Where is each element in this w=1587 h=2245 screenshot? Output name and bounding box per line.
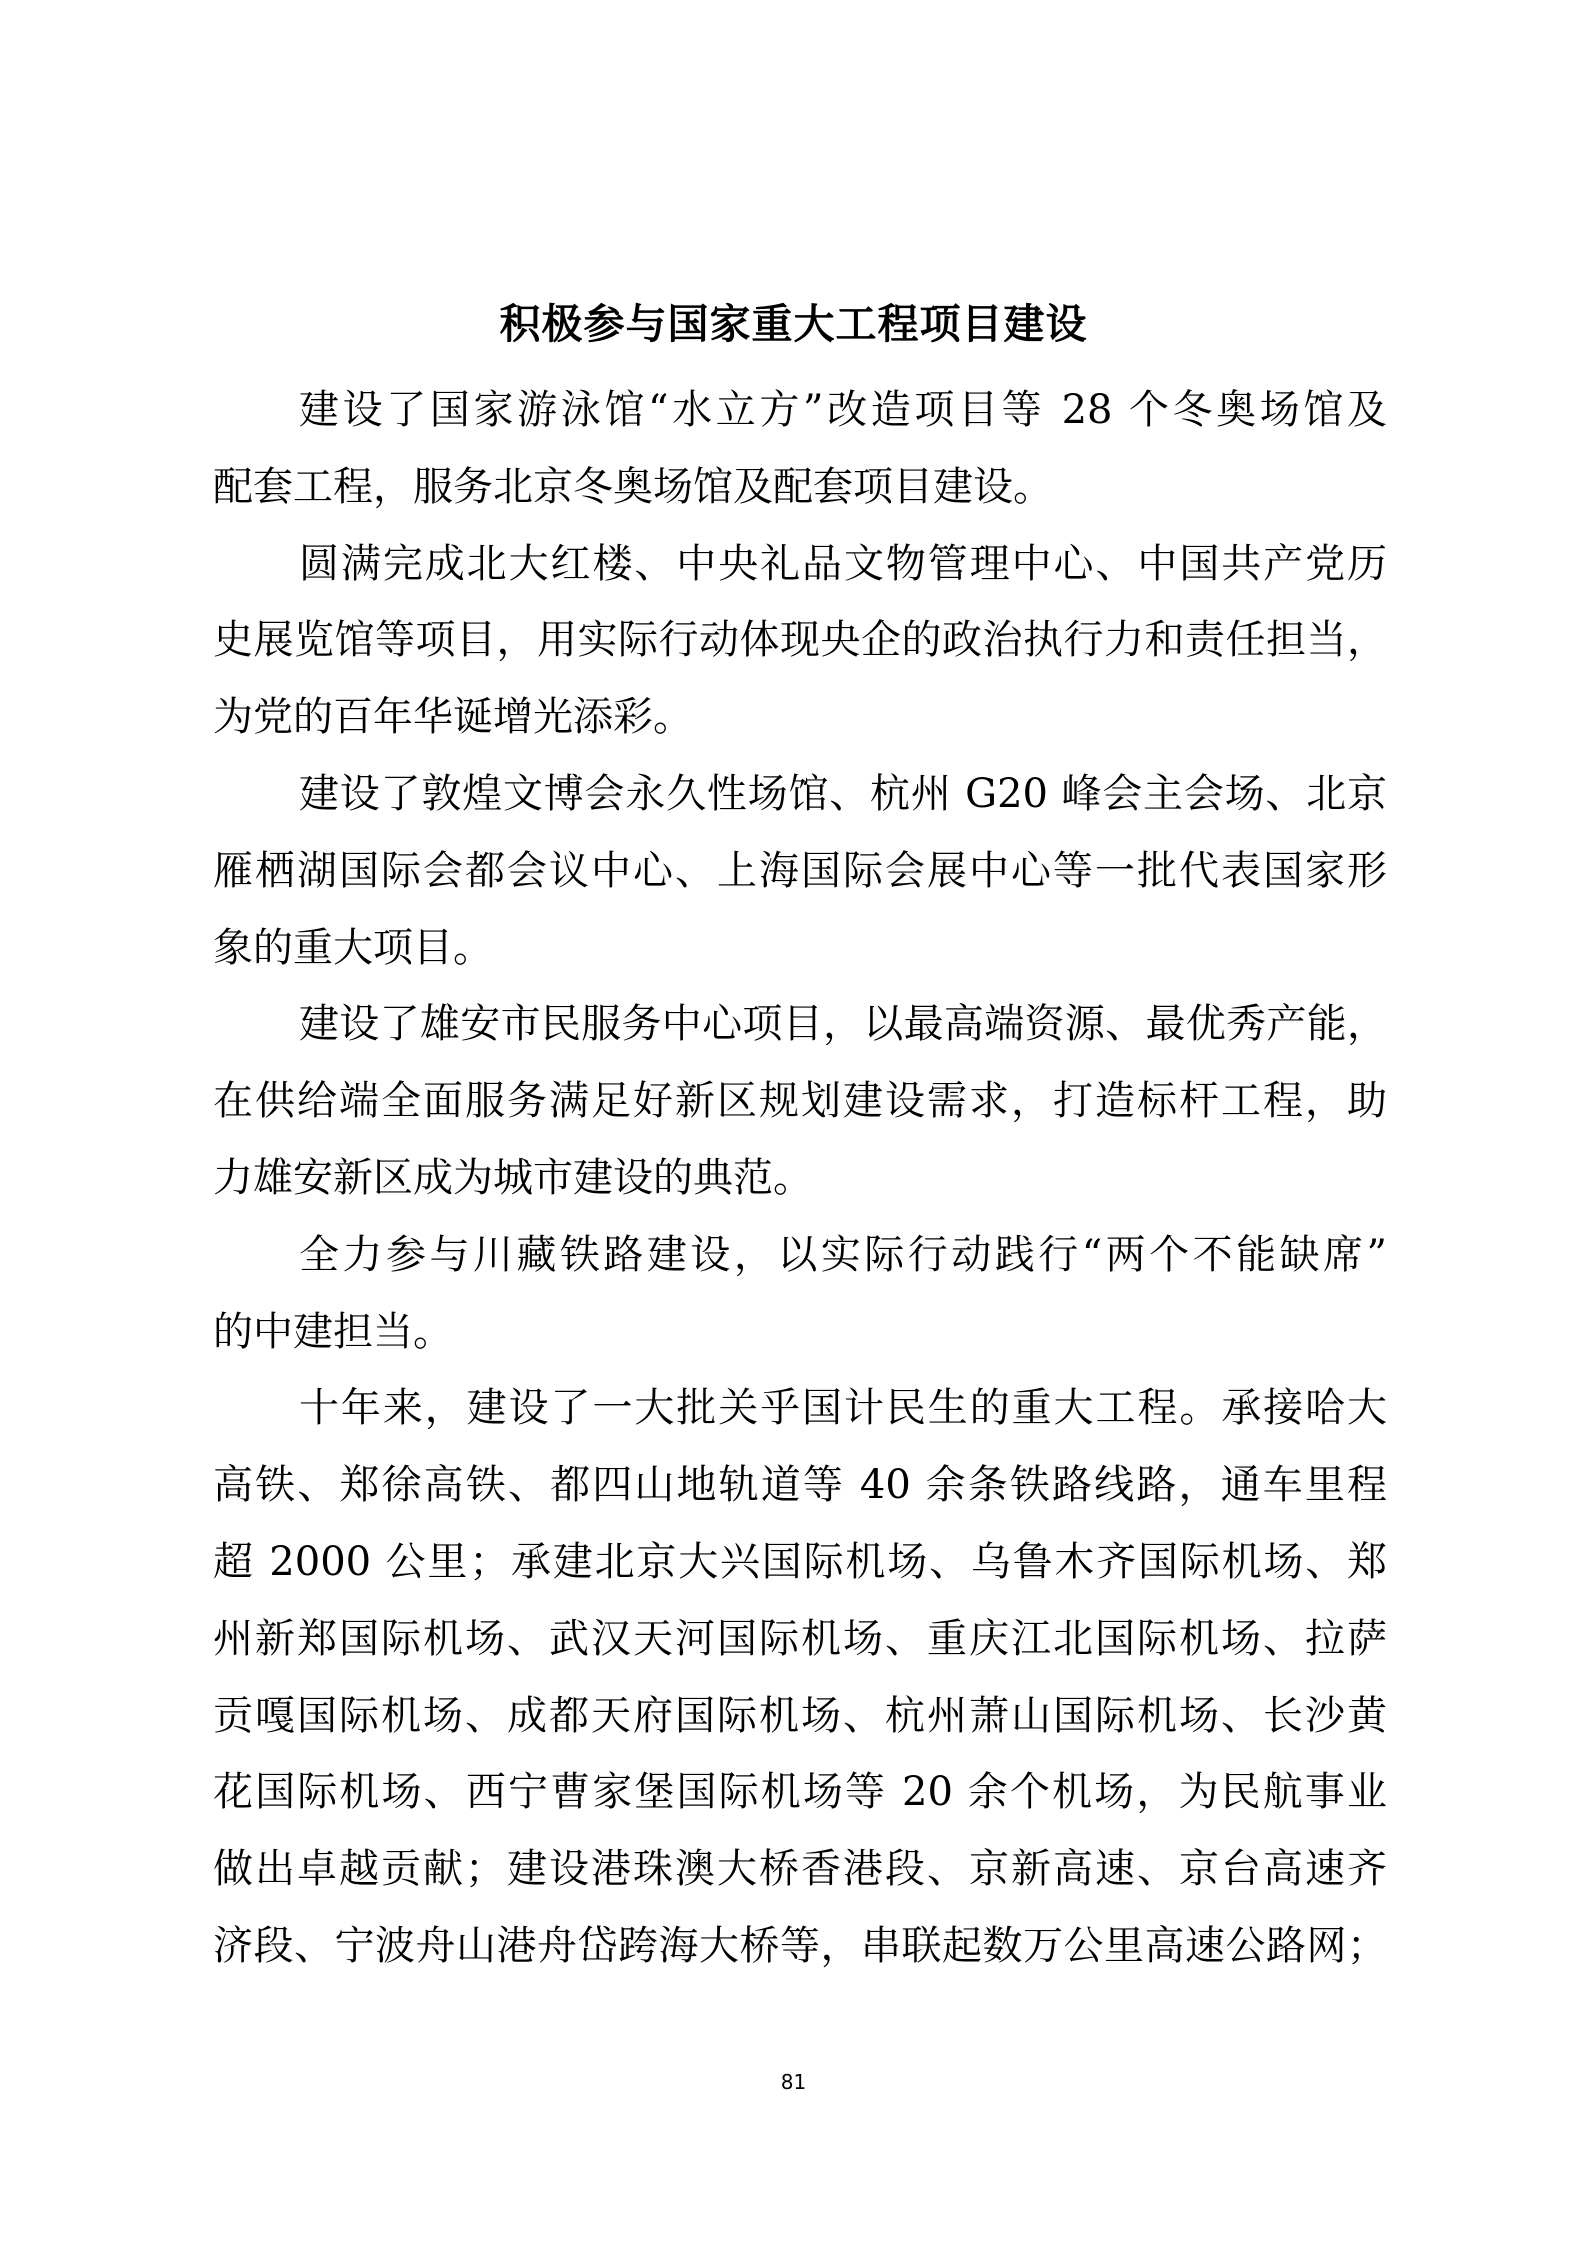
paragraph-winter-olympics: 建设了国家游泳馆“水立方”改造项目等 28 个冬奥场馆及 配套工程，服务北京冬奥…	[213, 372, 1387, 526]
text-line: 在供给端全面服务满足好新区规划建设需求，打造标杆工程，助	[213, 1063, 1387, 1140]
page-number: 81	[0, 2068, 1587, 2096]
text-line: 州新郑国际机场、武汉天河国际机场、重庆江北国际机场、拉萨	[213, 1601, 1387, 1678]
paragraph-red-building: 圆满完成北大红楼、中央礼品文物管理中心、中国共产党历 史展览馆等项目，用实际行动…	[213, 526, 1387, 756]
document-page: 积极参与国家重大工程项目建设 建设了国家游泳馆“水立方”改造项目等 28 个冬奥…	[0, 0, 1587, 2245]
text-line: 建设了敦煌文博会永久性场馆、杭州 G20 峰会主会场、北京	[213, 756, 1387, 833]
text-line: 象的重大项目。	[213, 910, 1387, 987]
section-title: 积极参与国家重大工程项目建设	[0, 296, 1587, 352]
text-line: 雁栖湖国际会都会议中心、上海国际会展中心等一批代表国家形	[213, 833, 1387, 910]
text-line: 全力参与川藏铁路建设，以实际行动践行“两个不能缺席”	[213, 1217, 1387, 1294]
text-line: 的中建担当。	[213, 1294, 1387, 1371]
body-text: 建设了国家游泳馆“水立方”改造项目等 28 个冬奥场馆及 配套工程，服务北京冬奥…	[213, 372, 1387, 1985]
text-line: 十年来，建设了一大批关乎国计民生的重大工程。承接哈大	[213, 1370, 1387, 1447]
paragraph-national-image-projects: 建设了敦煌文博会永久性场馆、杭州 G20 峰会主会场、北京 雁栖湖国际会都会议中…	[213, 756, 1387, 986]
text-line: 力雄安新区成为城市建设的典范。	[213, 1140, 1387, 1217]
paragraph-sichuan-tibet-railway: 全力参与川藏铁路建设，以实际行动践行“两个不能缺席” 的中建担当。	[213, 1217, 1387, 1371]
text-line: 超 2000 公里；承建北京大兴国际机场、乌鲁木齐国际机场、郑	[213, 1524, 1387, 1601]
text-line: 做出卓越贡献；建设港珠澳大桥香港段、京新高速、京台高速齐	[213, 1831, 1387, 1908]
text-line: 贡嘎国际机场、成都天府国际机场、杭州萧山国际机场、长沙黄	[213, 1678, 1387, 1755]
paragraph-decade-major-projects: 十年来，建设了一大批关乎国计民生的重大工程。承接哈大 高铁、郑徐高铁、都四山地轨…	[213, 1370, 1387, 1984]
text-line: 花国际机场、西宁曹家堡国际机场等 20 余个机场，为民航事业	[213, 1754, 1387, 1831]
text-line: 高铁、郑徐高铁、都四山地轨道等 40 余条铁路线路，通车里程	[213, 1447, 1387, 1524]
text-line: 配套工程，服务北京冬奥场馆及配套项目建设。	[213, 449, 1387, 526]
text-line: 济段、宁波舟山港舟岱跨海大桥等，串联起数万公里高速公路网；	[213, 1908, 1387, 1985]
paragraph-xiongan: 建设了雄安市民服务中心项目，以最高端资源、最优秀产能， 在供给端全面服务满足好新…	[213, 986, 1387, 1216]
text-line: 为党的百年华诞增光添彩。	[213, 679, 1387, 756]
text-line: 圆满完成北大红楼、中央礼品文物管理中心、中国共产党历	[213, 526, 1387, 603]
text-line: 建设了国家游泳馆“水立方”改造项目等 28 个冬奥场馆及	[213, 372, 1387, 449]
text-line: 建设了雄安市民服务中心项目，以最高端资源、最优秀产能，	[213, 986, 1387, 1063]
text-line: 史展览馆等项目，用实际行动体现央企的政治执行力和责任担当，	[213, 602, 1387, 679]
